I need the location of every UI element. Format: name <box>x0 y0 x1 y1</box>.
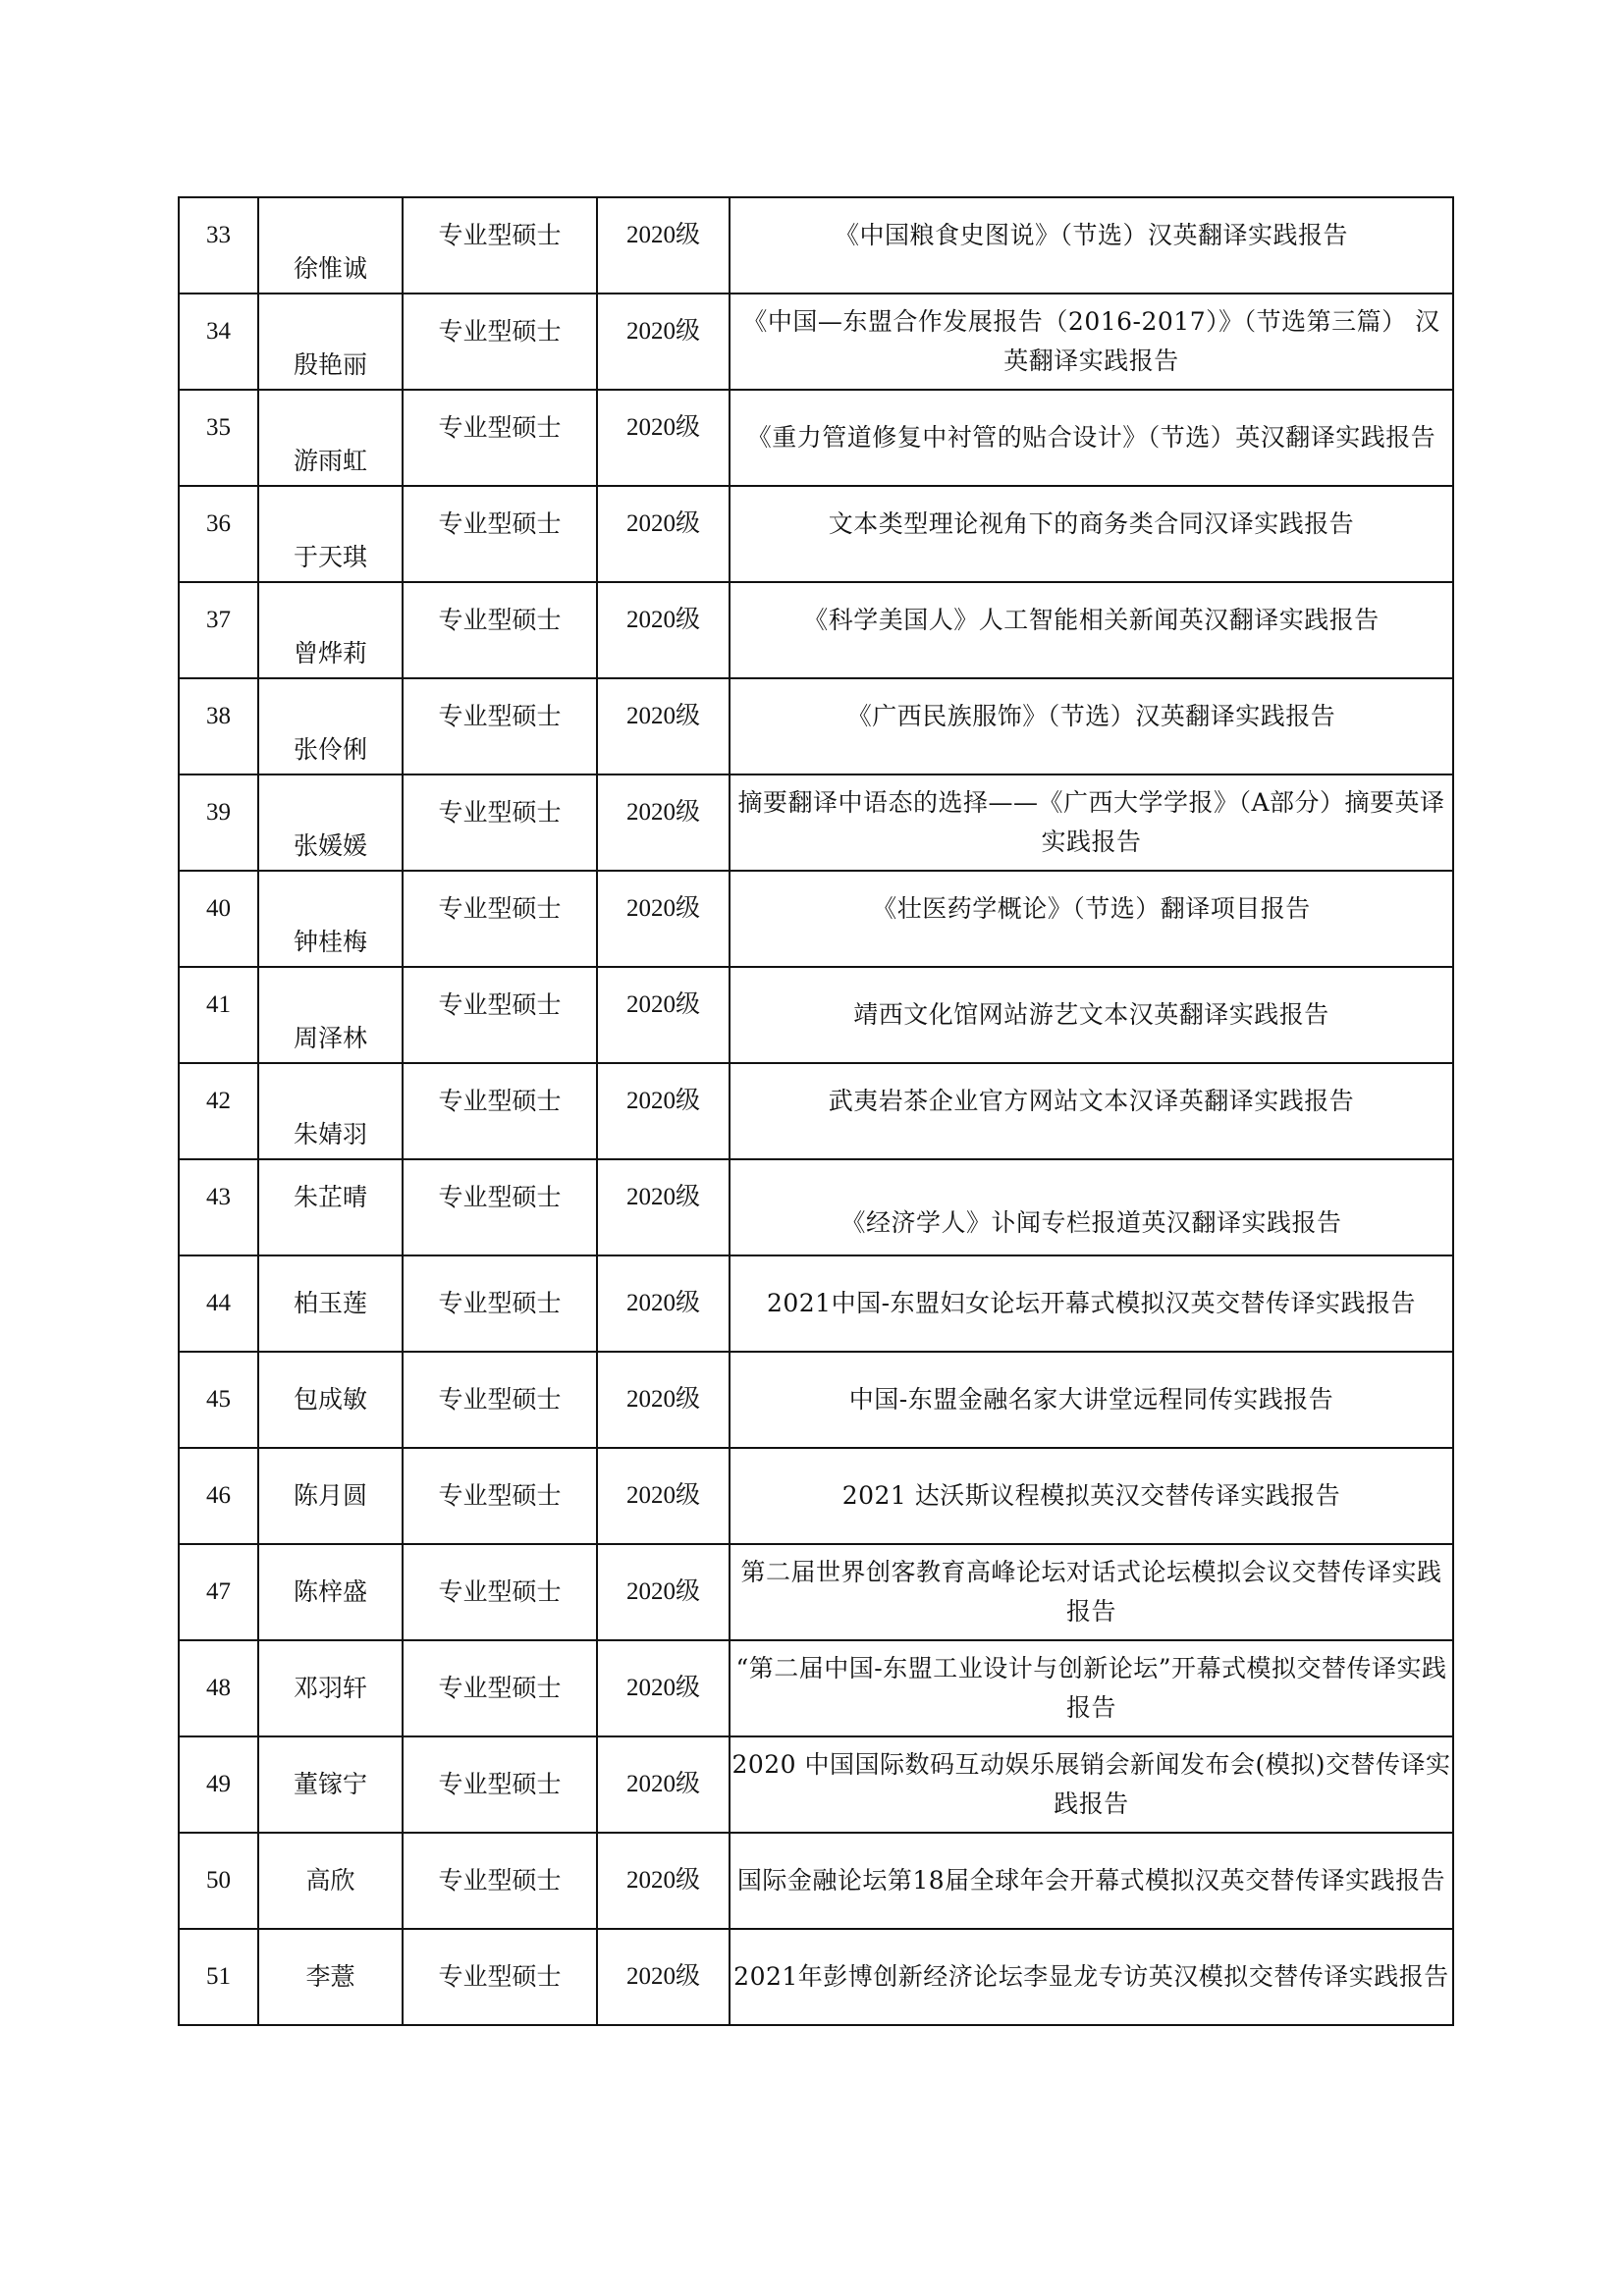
grade: 2020级 <box>626 510 700 537</box>
student-name-cell: 钟桂梅 <box>258 871 403 967</box>
thesis-title: 文本类型理论视角下的商务类合同汉译实践报告 <box>829 509 1355 538</box>
degree-type-cell: 专业型硕士 <box>403 197 597 294</box>
degree-type: 专业型硕士 <box>438 1770 561 1798</box>
degree-type-cell: 专业型硕士 <box>403 486 597 582</box>
thesis-title-cell: 中国-东盟金融名家大讲堂远程同传实践报告 <box>730 1352 1453 1448</box>
row-number-text: 41 <box>206 991 231 1018</box>
degree-type: 专业型硕士 <box>438 1481 561 1510</box>
thesis-title-cell: 2021年彭博创新经济论坛李显龙专访英汉模拟交替传译实践报告 <box>730 1929 1453 2025</box>
student-name: 于天琪 <box>294 543 367 571</box>
table-row: 40 钟桂梅 专业型硕士 2020级 《壮医药学概论》（节选）翻译项目报告 <box>179 871 1453 967</box>
row-number: 49 <box>179 1736 258 1833</box>
grade-cell: 2020级 <box>597 967 730 1063</box>
degree-type: 专业型硕士 <box>438 894 561 923</box>
thesis-title-cell: 国际金融论坛第18届全球年会开幕式模拟汉英交替传译实践报告 <box>730 1833 1453 1929</box>
grade: 2020级 <box>626 799 700 826</box>
grade: 2020级 <box>626 1771 700 1797</box>
thesis-title: 第二届世界创客教育高峰论坛对话式论坛模拟会议交替传译实践报告 <box>740 1558 1441 1626</box>
grade: 2020级 <box>626 1675 700 1701</box>
table-row: 49 董镓宁 专业型硕士 2020级 2020 中国国际数码互动娱乐展销会新闻发… <box>179 1736 1453 1833</box>
thesis-title-cell: 《科学美国人》人工智能相关新闻英汉翻译实践报告 <box>730 582 1453 678</box>
thesis-title: 《壮医药学概论》（节选）翻译项目报告 <box>872 894 1311 923</box>
student-name-cell: 徐惟诚 <box>258 197 403 294</box>
thesis-title-cell: 2020 中国国际数码互动娱乐展销会新闻发布会(模拟)交替传译实践报告 <box>730 1736 1453 1833</box>
student-name: 徐惟诚 <box>294 254 367 283</box>
grade-cell: 2020级 <box>597 486 730 582</box>
student-name: 张伶俐 <box>294 735 367 764</box>
thesis-title: 《中国—东盟合作发展报告（2016-2017）》（节选第三篇） 汉英翻译实践报告 <box>742 307 1439 375</box>
thesis-title: 2021年彭博创新经济论坛李显龙专访英汉模拟交替传译实践报告 <box>733 1962 1449 1991</box>
grade-cell: 2020级 <box>597 1352 730 1448</box>
table-row: 46 陈月圆 专业型硕士 2020级 2021 达沃斯议程模拟英汉交替传译实践报… <box>179 1448 1453 1544</box>
student-name: 曾烨莉 <box>294 639 367 667</box>
degree-type-cell: 专业型硕士 <box>403 1063 597 1159</box>
row-number-text: 33 <box>206 222 231 248</box>
student-name-cell: 柏玉莲 <box>258 1255 403 1352</box>
student-name: 邓羽轩 <box>294 1674 367 1702</box>
student-name-cell: 游雨虹 <box>258 390 403 486</box>
grade: 2020级 <box>626 1184 700 1210</box>
thesis-title-cell: 第二届世界创客教育高峰论坛对话式论坛模拟会议交替传译实践报告 <box>730 1544 1453 1640</box>
table-row: 47 陈梓盛 专业型硕士 2020级 第二届世界创客教育高峰论坛对话式论坛模拟会… <box>179 1544 1453 1640</box>
degree-type-cell: 专业型硕士 <box>403 1448 597 1544</box>
student-name-cell: 朱芷晴 <box>258 1159 403 1255</box>
grade: 2020级 <box>626 1482 700 1509</box>
row-number: 38 <box>179 678 258 774</box>
row-number: 34 <box>179 294 258 390</box>
thesis-title: 中国-东盟金融名家大讲堂远程同传实践报告 <box>849 1385 1333 1414</box>
student-name-cell: 于天琪 <box>258 486 403 582</box>
degree-type-cell: 专业型硕士 <box>403 390 597 486</box>
row-number: 47 <box>179 1544 258 1640</box>
student-name-cell: 邓羽轩 <box>258 1640 403 1736</box>
thesis-title-cell: 《经济学人》讣闻专栏报道英汉翻译实践报告 <box>730 1159 1453 1255</box>
grade-cell: 2020级 <box>597 1929 730 2025</box>
student-name-cell: 董镓宁 <box>258 1736 403 1833</box>
grade: 2020级 <box>626 1867 700 1894</box>
thesis-title-cell: 摘要翻译中语态的选择——《广西大学学报》（A部分）摘要英译实践报告 <box>730 774 1453 871</box>
degree-type: 专业型硕士 <box>438 702 561 730</box>
thesis-title-cell: 2021 达沃斯议程模拟英汉交替传译实践报告 <box>730 1448 1453 1544</box>
degree-type-cell: 专业型硕士 <box>403 1159 597 1255</box>
row-number: 43 <box>179 1159 258 1255</box>
thesis-title-cell: 《壮医药学概论》（节选）翻译项目报告 <box>730 871 1453 967</box>
grade-cell: 2020级 <box>597 1063 730 1159</box>
degree-type-cell: 专业型硕士 <box>403 294 597 390</box>
degree-type: 专业型硕士 <box>438 798 561 827</box>
grade: 2020级 <box>626 1290 700 1316</box>
row-number: 48 <box>179 1640 258 1736</box>
student-name-cell: 陈梓盛 <box>258 1544 403 1640</box>
row-number-text: 40 <box>206 895 231 922</box>
student-name-cell: 包成敏 <box>258 1352 403 1448</box>
degree-type: 专业型硕士 <box>438 606 561 634</box>
table-row: 37 曾烨莉 专业型硕士 2020级 《科学美国人》人工智能相关新闻英汉翻译实践… <box>179 582 1453 678</box>
student-name-cell: 陈月圆 <box>258 1448 403 1544</box>
row-number-text: 35 <box>206 414 231 441</box>
degree-type: 专业型硕士 <box>438 413 561 442</box>
grade: 2020级 <box>626 1963 700 1990</box>
table-row: 35 游雨虹 专业型硕士 2020级 《重力管道修复中衬管的贴合设计》（节选）英… <box>179 390 1453 486</box>
thesis-title-cell: 《中国—东盟合作发展报告（2016-2017）》（节选第三篇） 汉英翻译实践报告 <box>730 294 1453 390</box>
grade-cell: 2020级 <box>597 294 730 390</box>
grade: 2020级 <box>626 991 700 1018</box>
table-row: 48 邓羽轩 专业型硕士 2020级 “第二届中国-东盟工业设计与创新论坛”开幕… <box>179 1640 1453 1736</box>
grade-cell: 2020级 <box>597 197 730 294</box>
student-name: 钟桂梅 <box>294 928 367 956</box>
table-row: 33 徐惟诚 专业型硕士 2020级 《中国粮食史图说》（节选）汉英翻译实践报告 <box>179 197 1453 294</box>
grade: 2020级 <box>626 222 700 248</box>
row-number-text: 34 <box>206 318 231 345</box>
row-number-text: 44 <box>206 1290 231 1316</box>
thesis-title: 《重力管道修复中衬管的贴合设计》（节选）英汉翻译实践报告 <box>747 423 1436 452</box>
grade-cell: 2020级 <box>597 1736 730 1833</box>
degree-type: 专业型硕士 <box>438 990 561 1019</box>
student-name-cell: 殷艳丽 <box>258 294 403 390</box>
table-row: 34 殷艳丽 专业型硕士 2020级 《中国—东盟合作发展报告（2016-201… <box>179 294 1453 390</box>
student-name-cell: 张伶俐 <box>258 678 403 774</box>
student-name: 包成敏 <box>294 1385 367 1414</box>
grade: 2020级 <box>626 318 700 345</box>
degree-type: 专业型硕士 <box>438 509 561 538</box>
row-number: 50 <box>179 1833 258 1929</box>
thesis-title-cell: 武夷岩茶企业官方网站文本汉译英翻译实践报告 <box>730 1063 1453 1159</box>
row-number: 44 <box>179 1255 258 1352</box>
thesis-title: 武夷岩茶企业官方网站文本汉译英翻译实践报告 <box>829 1087 1355 1115</box>
student-name: 殷艳丽 <box>294 350 367 379</box>
row-number-text: 46 <box>206 1482 231 1509</box>
row-number: 45 <box>179 1352 258 1448</box>
grade: 2020级 <box>626 414 700 441</box>
grade: 2020级 <box>626 1386 700 1413</box>
student-name: 柏玉莲 <box>294 1289 367 1317</box>
student-name: 朱婧羽 <box>294 1120 367 1148</box>
student-name-cell: 朱婧羽 <box>258 1063 403 1159</box>
degree-type-cell: 专业型硕士 <box>403 1255 597 1352</box>
row-number-text: 48 <box>206 1675 231 1701</box>
row-number: 42 <box>179 1063 258 1159</box>
student-name: 陈月圆 <box>294 1481 367 1510</box>
row-number-text: 42 <box>206 1088 231 1114</box>
thesis-title: 摘要翻译中语态的选择——《广西大学学报》（A部分）摘要英译实践报告 <box>737 788 1444 856</box>
degree-type-cell: 专业型硕士 <box>403 582 597 678</box>
row-number-text: 45 <box>206 1386 231 1413</box>
thesis-title: 《科学美国人》人工智能相关新闻英汉翻译实践报告 <box>803 606 1380 634</box>
degree-type: 专业型硕士 <box>438 1183 561 1211</box>
grade: 2020级 <box>626 1578 700 1605</box>
table-row: 38 张伶俐 专业型硕士 2020级 《广西民族服饰》（节选）汉英翻译实践报告 <box>179 678 1453 774</box>
student-thesis-table: 33 徐惟诚 专业型硕士 2020级 《中国粮食史图说》（节选）汉英翻译实践报告… <box>178 196 1454 2026</box>
degree-type: 专业型硕士 <box>438 1289 561 1317</box>
student-name: 高欣 <box>305 1866 354 1895</box>
document-page: 33 徐惟诚 专业型硕士 2020级 《中国粮食史图说》（节选）汉英翻译实践报告… <box>0 0 1624 2296</box>
degree-type: 专业型硕士 <box>438 1087 561 1115</box>
grade-cell: 2020级 <box>597 1255 730 1352</box>
thesis-title: 靖西文化馆网站游艺文本汉英翻译实践报告 <box>853 1000 1329 1029</box>
thesis-title: 国际金融论坛第18届全球年会开幕式模拟汉英交替传译实践报告 <box>737 1866 1445 1895</box>
grade-cell: 2020级 <box>597 871 730 967</box>
student-name-cell: 高欣 <box>258 1833 403 1929</box>
student-name: 李薏 <box>305 1962 354 1991</box>
thesis-title-cell: 《中国粮食史图说》（节选）汉英翻译实践报告 <box>730 197 1453 294</box>
degree-type: 专业型硕士 <box>438 1577 561 1606</box>
degree-type-cell: 专业型硕士 <box>403 1352 597 1448</box>
degree-type: 专业型硕士 <box>438 221 561 249</box>
thesis-title: 《经济学人》讣闻专栏报道英汉翻译实践报告 <box>840 1208 1341 1237</box>
row-number: 39 <box>179 774 258 871</box>
grade: 2020级 <box>626 1088 700 1114</box>
degree-type-cell: 专业型硕士 <box>403 1833 597 1929</box>
thesis-title: 《中国粮食史图说》（节选）汉英翻译实践报告 <box>835 221 1348 249</box>
student-name-cell: 张媛媛 <box>258 774 403 871</box>
degree-type-cell: 专业型硕士 <box>403 1544 597 1640</box>
thesis-title: 2020 中国国际数码互动娱乐展销会新闻发布会(模拟)交替传译实践报告 <box>731 1750 1450 1818</box>
table-row: 42 朱婧羽 专业型硕士 2020级 武夷岩茶企业官方网站文本汉译英翻译实践报告 <box>179 1063 1453 1159</box>
thesis-title-cell: 靖西文化馆网站游艺文本汉英翻译实践报告 <box>730 967 1453 1063</box>
degree-type: 专业型硕士 <box>438 1385 561 1414</box>
degree-type-cell: 专业型硕士 <box>403 1929 597 2025</box>
row-number: 46 <box>179 1448 258 1544</box>
row-number-text: 36 <box>206 510 231 537</box>
degree-type-cell: 专业型硕士 <box>403 871 597 967</box>
student-name-cell: 周泽林 <box>258 967 403 1063</box>
degree-type-cell: 专业型硕士 <box>403 774 597 871</box>
grade-cell: 2020级 <box>597 582 730 678</box>
degree-type: 专业型硕士 <box>438 1962 561 1991</box>
student-name: 陈梓盛 <box>294 1577 367 1606</box>
degree-type: 专业型硕士 <box>438 317 561 346</box>
table-row: 50 高欣 专业型硕士 2020级 国际金融论坛第18届全球年会开幕式模拟汉英交… <box>179 1833 1453 1929</box>
table-row: 44 柏玉莲 专业型硕士 2020级 2021中国-东盟妇女论坛开幕式模拟汉英交… <box>179 1255 1453 1352</box>
row-number: 51 <box>179 1929 258 2025</box>
row-number-text: 49 <box>206 1771 231 1797</box>
grade-cell: 2020级 <box>597 1833 730 1929</box>
student-name: 董镓宁 <box>294 1770 367 1798</box>
row-number: 37 <box>179 582 258 678</box>
row-number: 36 <box>179 486 258 582</box>
row-number-text: 47 <box>206 1578 231 1605</box>
row-number-text: 43 <box>206 1184 231 1210</box>
table-row: 51 李薏 专业型硕士 2020级 2021年彭博创新经济论坛李显龙专访英汉模拟… <box>179 1929 1453 2025</box>
degree-type-cell: 专业型硕士 <box>403 1640 597 1736</box>
degree-type-cell: 专业型硕士 <box>403 1736 597 1833</box>
thesis-title-cell: 文本类型理论视角下的商务类合同汉译实践报告 <box>730 486 1453 582</box>
table-row: 39 张媛媛 专业型硕士 2020级 摘要翻译中语态的选择——《广西大学学报》（… <box>179 774 1453 871</box>
student-name: 张媛媛 <box>294 831 367 860</box>
thesis-title-cell: “第二届中国-东盟工业设计与创新论坛”开幕式模拟交替传译实践报告 <box>730 1640 1453 1736</box>
row-number-text: 51 <box>206 1963 231 1990</box>
row-number-text: 38 <box>206 703 231 729</box>
student-name: 朱芷晴 <box>294 1183 367 1211</box>
grade: 2020级 <box>626 607 700 633</box>
grade-cell: 2020级 <box>597 1448 730 1544</box>
thesis-title-cell: 《广西民族服饰》（节选）汉英翻译实践报告 <box>730 678 1453 774</box>
grade-cell: 2020级 <box>597 390 730 486</box>
table-row: 43 朱芷晴 专业型硕士 2020级 《经济学人》讣闻专栏报道英汉翻译实践报告 <box>179 1159 1453 1255</box>
row-number: 33 <box>179 197 258 294</box>
grade-cell: 2020级 <box>597 1544 730 1640</box>
thesis-title-cell: 《重力管道修复中衬管的贴合设计》（节选）英汉翻译实践报告 <box>730 390 1453 486</box>
table-row: 45 包成敏 专业型硕士 2020级 中国-东盟金融名家大讲堂远程同传实践报告 <box>179 1352 1453 1448</box>
grade-cell: 2020级 <box>597 1640 730 1736</box>
thesis-title-cell: 2021中国-东盟妇女论坛开幕式模拟汉英交替传译实践报告 <box>730 1255 1453 1352</box>
degree-type-cell: 专业型硕士 <box>403 678 597 774</box>
row-number: 41 <box>179 967 258 1063</box>
student-name: 游雨虹 <box>294 447 367 475</box>
student-name-cell: 曾烨莉 <box>258 582 403 678</box>
student-name: 周泽林 <box>294 1024 367 1052</box>
grade: 2020级 <box>626 895 700 922</box>
grade-cell: 2020级 <box>597 774 730 871</box>
row-number-text: 39 <box>206 799 231 826</box>
thesis-title: 《广西民族服饰》（节选）汉英翻译实践报告 <box>847 702 1336 730</box>
row-number: 35 <box>179 390 258 486</box>
grade-cell: 2020级 <box>597 678 730 774</box>
thesis-title: “第二届中国-东盟工业设计与创新论坛”开幕式模拟交替传译实践报告 <box>735 1654 1446 1722</box>
grade: 2020级 <box>626 703 700 729</box>
degree-type: 专业型硕士 <box>438 1866 561 1895</box>
student-name-cell: 李薏 <box>258 1929 403 2025</box>
degree-type-cell: 专业型硕士 <box>403 967 597 1063</box>
row-number-text: 50 <box>206 1867 231 1894</box>
thesis-title: 2021 达沃斯议程模拟英汉交替传译实践报告 <box>842 1481 1341 1510</box>
thesis-title: 2021中国-东盟妇女论坛开幕式模拟汉英交替传译实践报告 <box>767 1289 1416 1317</box>
table-row: 36 于天琪 专业型硕士 2020级 文本类型理论视角下的商务类合同汉译实践报告 <box>179 486 1453 582</box>
row-number-text: 37 <box>206 607 231 633</box>
table-row: 41 周泽林 专业型硕士 2020级 靖西文化馆网站游艺文本汉英翻译实践报告 <box>179 967 1453 1063</box>
grade-cell: 2020级 <box>597 1159 730 1255</box>
row-number: 40 <box>179 871 258 967</box>
degree-type: 专业型硕士 <box>438 1674 561 1702</box>
